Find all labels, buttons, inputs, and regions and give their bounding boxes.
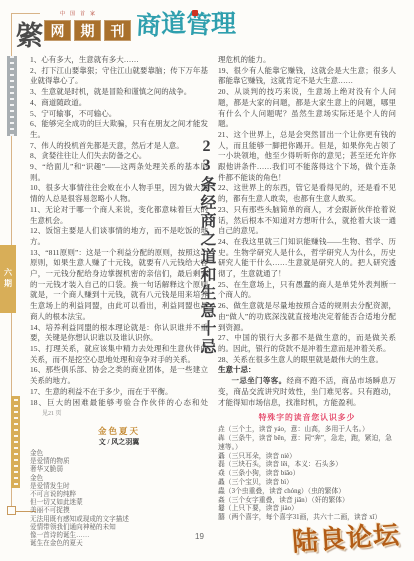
aphorism-item: 15、打理关系，就应该集中精力去处理和生意伙伴的关系，而不是挖空心思地处理和竞争… (30, 344, 208, 365)
poem-line: 不可言说的纯粹 (30, 491, 208, 499)
calligraphy-character: 商 (135, 11, 162, 42)
poem-author: 文 / 风之羽翼 (30, 437, 208, 448)
aphorism-item: 11、无论对于哪一个商人来说，变化都意味着巨大的生意机会。 (30, 205, 208, 226)
brand-box-character: 期 (74, 20, 101, 41)
special-character-entry: 贔（三个宝贝，读音 bì） (218, 479, 396, 488)
aphorism-item: 20、从谈判的技巧来说，生意场上绝对没有个人问题，都是大家的问题，都是大家生意上… (218, 87, 396, 130)
aphorism-item-18: 18、巨大的困难最能够考验合作伙伴的心态和处 见21 页 (30, 398, 208, 420)
continuation-text: 理危机的能力。 (218, 55, 396, 66)
taboo-lead-in: 一忌坐门等客。 (232, 376, 287, 385)
page-number: 19 (195, 532, 204, 541)
poem-line: 金色 (30, 450, 208, 458)
magazine-page: 六期 綮 中国首家 网期刊 商道管理 23条经商之道和生意十忌 1、心有多大，生… (0, 0, 414, 561)
aphorism-item: 10、很多大事情往往会败在小人物手里，因为做大事情的人总是很容易忽略小人物。 (30, 183, 208, 204)
poem-line: 无法用既有感知或现成的文字描述 (30, 516, 208, 524)
aphorism-item: 3、生意就是时机，就是冒险和谨慎之间的战争。 (30, 87, 208, 98)
aphorism-item: 17、生意的利益不在于多少，而在于平衡。 (30, 387, 208, 398)
aphorism-item: 14、培养利益同盟的根本理论就是：你认识谁并不重要，关键是你想认识谁以及谁认识你… (30, 323, 208, 344)
aphorism-item: 27、中国的银行大多都不是做生意的，而是做关系的。因此，银行的贷款不是冲着生意而… (218, 333, 396, 354)
poem-line: 像一首诗的诞生…… (30, 532, 208, 540)
red-seal-mark (192, 10, 198, 16)
vertical-url-bar (7, 56, 17, 136)
forum-watermark: 陆良论坛 (291, 514, 401, 558)
aphorism-item-18-text: 18、巨大的困难最能够考验合作伙伴的心态和处 (30, 398, 208, 407)
logo-character: 綮 (16, 14, 43, 53)
aphorism-item: 26、做生意就是尽量地按照合适的规则去分配资源，由“做人”的功底深浅就直接地决定… (218, 301, 396, 333)
taboo-paragraph: 一忌坐门等客。经商不跑不活，商品市场瞬息万变，商品交流讲究时效性，坐门难见客。只… (218, 376, 396, 408)
poem-line: 美丽不可捉摸 (30, 507, 208, 515)
calligraphy-character: 管 (185, 10, 212, 42)
issue-label: 六期 (3, 268, 14, 290)
aphorism-item: 12、饭馆主要是人们谈事情的地方，而不是吃饭的地方。 (30, 226, 208, 247)
right-text-column: 理危机的能力。 19、很少有人能靠它赚钱，这就会是大生意；很多人都能靠它赚钱，这… (218, 55, 396, 555)
aphorism-item: 22、这世界上的东西，管它是看得见的，还是看不见的，都有生意人敢卖，也都有生意人… (218, 183, 396, 204)
aphorism-item: 13、“811原则”：这是一个利益分配的原则，按照这个原则，如果生意人赚了十元钱… (30, 248, 208, 323)
special-character-entry: 垚（三个土，读音 yáo，意：山高，多用于人名。） (218, 426, 396, 435)
aphorism-item: 16、那些俱乐部、协会之类的商业团体，是一些建立关系的地方。 (30, 365, 208, 386)
left-rail-corner-mark (7, 506, 16, 515)
section-title-calligraphy: 商道管理 (136, 10, 236, 40)
left-text-column: 1、心有多大，生意就有多大……2、打下江山要靠狠；守住江山就要靠脑；传下万年基业… (30, 55, 208, 555)
aphorism-item: 21、这个世界上，总是会突然冒出一个让你更有钱的人，而且能够一脚把你踢开。但是，… (218, 130, 396, 184)
brand-title-boxes: 网期刊 (44, 20, 131, 41)
poem-line: 金色 (30, 475, 208, 483)
special-character-entry: 磊（三块石头，读音 lěi，本义：石头多） (218, 461, 396, 470)
poem-section: 金色夏天 文 / 风之羽翼 金色是爱情的物质奢华又脆弱金色是爱情发生时不可言说的… (30, 425, 208, 548)
special-character-entry: 猋（三条小狗，读音 biāo） (218, 470, 396, 479)
poem-line: 奢华又脆弱 (30, 466, 208, 474)
aphorism-item: 4、商道随政道。 (30, 98, 208, 109)
masthead-tagline: 中国首家 (60, 10, 100, 17)
aphorism-item: 23、只有那些头脑简单的商人，才会跟新伙伴抢着说话，然后根本不知道对方想听什么，… (218, 205, 396, 237)
aphorism-item: 7、伟人的投机首先都是天意，然后才是人意。 (30, 141, 208, 152)
special-characters-list: 垚（三个土，读音 yáo，意：山高，多用于人名。）犇（三条牛，读音 bēn，意：… (218, 426, 396, 523)
aphorism-item: 28、关系在很多生意人的眼里就是最伟大的生意。 (218, 355, 396, 366)
poem-line: 诞生在金色的夏天 (30, 540, 208, 548)
brand-box-character: 网 (44, 20, 71, 41)
aphorism-item: 24、在我这里就三门知识能赚钱——生物、哲学、历史。生物学研究人是什么，哲学研究… (218, 237, 396, 280)
masthead: 綮 中国首家 网期刊 商道管理 (14, 8, 374, 50)
aphorism-item: 5、宁可输事，不可输心。 (30, 109, 208, 120)
taboo-section-heading: 生意十忌： (218, 365, 396, 376)
special-character-entry: 蟲（3个虫重叠，读音 chóng）（虫的繁体） (218, 488, 396, 497)
aphorism-item: 19、很少有人能靠它赚钱，这就会是大生意；很多人都能靠它赚钱，这就肯定不是大生意… (218, 66, 396, 87)
aphorism-item: 8、贪婪往往让人们失去防备之心。 (30, 151, 208, 162)
aphorism-item: 6、能够完全成功的巨大欺骗，只有在朋友之间才能发生。 (30, 119, 208, 140)
calligraphy-character: 理 (211, 10, 236, 40)
poem-lines: 金色是爱情的物质奢华又脆弱金色是爱情发生时不可言说的纯粹但一切又如此迷蒙美丽不可… (30, 450, 208, 548)
aphorism-item: 9、“给面儿”和“识趣”——这两条处理关系的基本原则。 (30, 162, 208, 183)
brand-box-character: 刊 (104, 20, 131, 41)
calligraphy-character: 道 (160, 10, 186, 41)
see-page-note: 见21 页 (30, 411, 62, 417)
poem-title: 金色夏天 (30, 425, 208, 437)
poem-line: 爱情带领我们通向神秘的未知 (30, 524, 208, 532)
special-character-entry: 犇（三条牛，读音 bēn，意：同“奔”，急走，跑，紧迫，急速等。） (218, 435, 396, 453)
vertical-slogan-strip (11, 396, 20, 488)
issue-badge: 六期 (0, 245, 16, 313)
aphorism-item: 2、打下江山要靠狠；守住江山就要靠脑；传下万年基业就得靠心了。 (30, 66, 208, 87)
poem-line: 是爱情发生时 (30, 483, 208, 491)
aphorism-item: 1、心有多大，生意就有多大…… (30, 55, 208, 66)
special-character-entry: 嘦（上只下要，读音 jiào） (218, 505, 396, 514)
aphorism-item: 25、在生意场上，只有愚蠢的商人是单凭外表判断一个商人的。 (218, 280, 396, 301)
aphorism-list-left: 1、心有多大，生意就有多大……2、打下江山要靠狠；守住江山就要靠脑；传下万年基业… (30, 55, 208, 398)
special-characters-heading: 特殊字的读音您认识多少 (218, 412, 396, 424)
aphorism-list-right: 19、很少有人能靠它赚钱，这就会是大生意；很多人都能靠它赚钱，这就肯定不是大生意… (218, 66, 396, 366)
